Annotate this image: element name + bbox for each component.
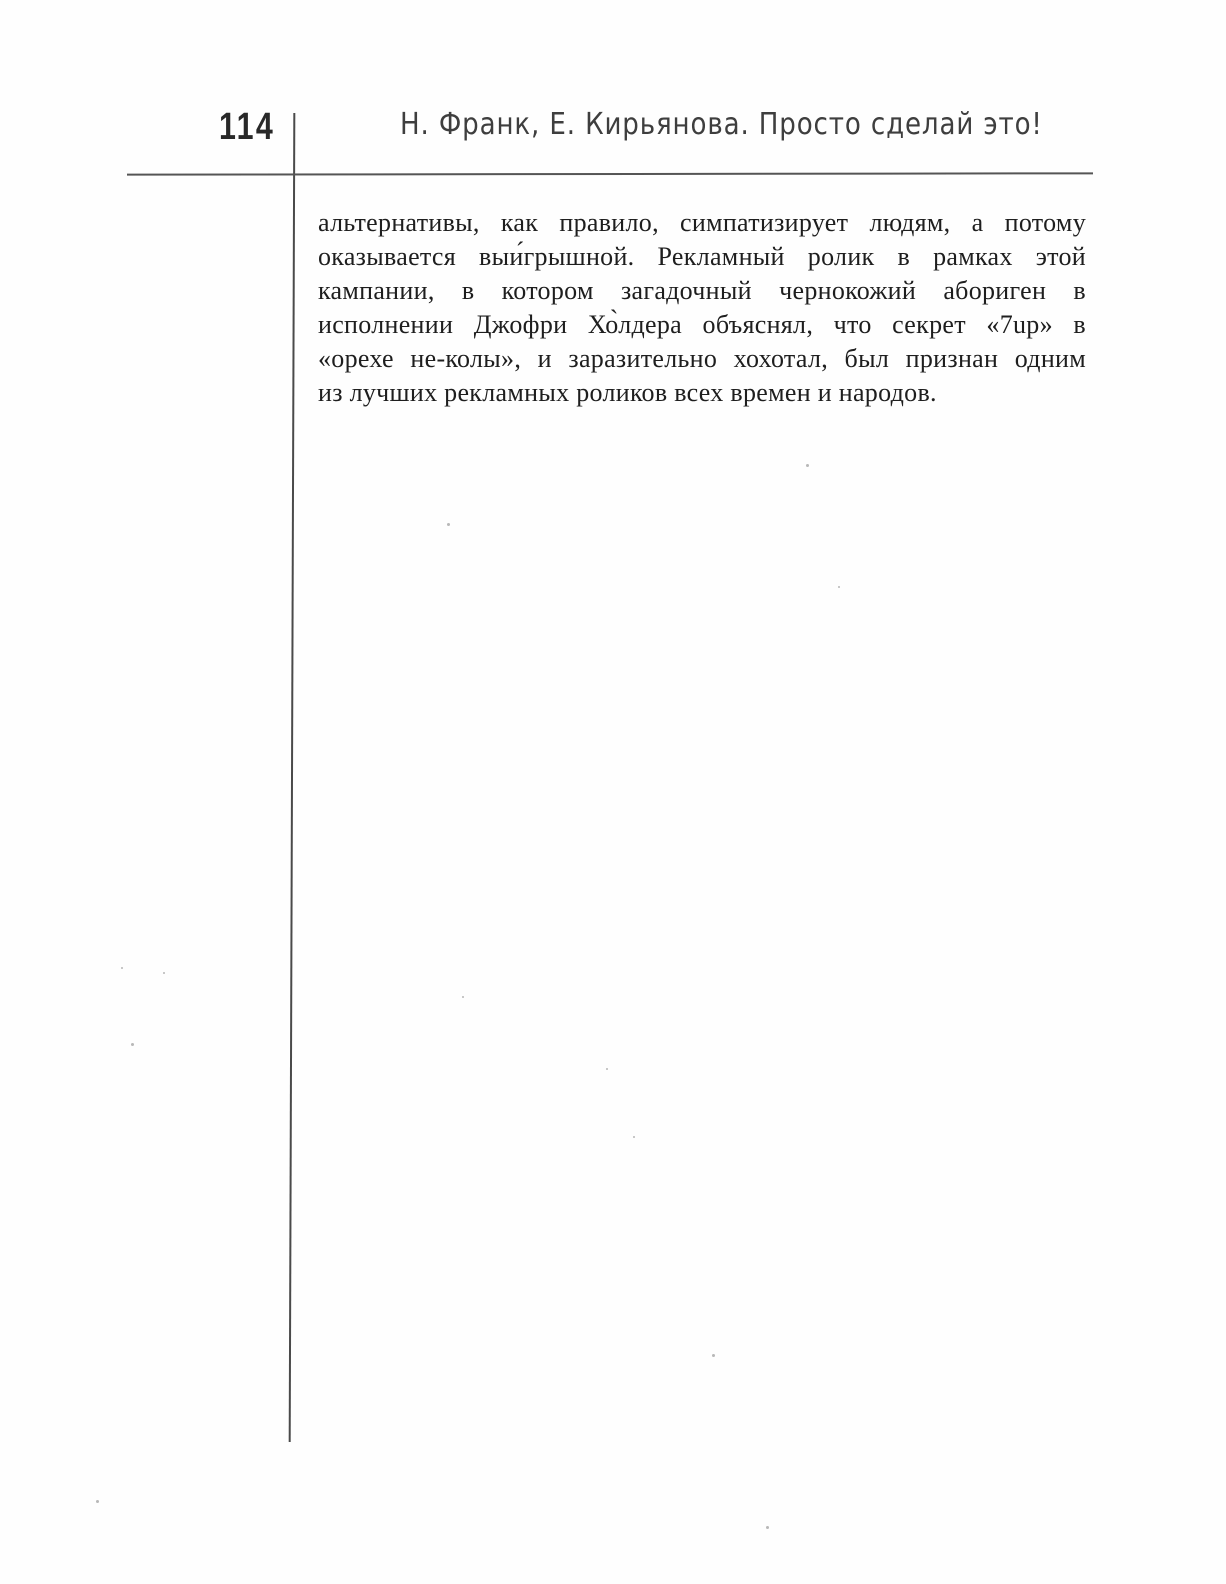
scan-speck xyxy=(606,1068,608,1070)
body-paragraph: альтернативы, как правило, симпатизирует… xyxy=(318,206,1086,410)
scan-speck xyxy=(462,996,464,998)
paragraph-line: оказывается выи́грышной. Рекламный ролик… xyxy=(318,240,1086,274)
paragraph-line: исполнении Джофри Хо̀лдера объяснял, что… xyxy=(318,308,1086,342)
scanned-book-page: 114 Н. Франк, Е. Кирьянова. Просто сдела… xyxy=(0,0,1226,1584)
scan-speck xyxy=(447,523,450,526)
scan-speck xyxy=(766,1526,769,1529)
header-horizontal-rule xyxy=(127,172,1093,175)
scan-speck xyxy=(806,464,809,467)
running-header-title: Н. Франк, Е. Кирьянова. Просто сделай эт… xyxy=(400,107,1043,142)
paragraph-line: альтернативы, как правило, симпатизирует… xyxy=(318,206,1086,240)
scan-speck xyxy=(163,972,165,974)
scan-speck xyxy=(633,1136,635,1138)
scan-speck xyxy=(121,967,123,969)
scan-speck xyxy=(131,1043,134,1046)
paragraph-line: «орехе не-колы», и заразительно хохотал,… xyxy=(318,342,1086,376)
paragraph-line: кампании, в котором загадочный чернокожи… xyxy=(318,274,1086,308)
header-vertical-rule xyxy=(289,113,296,1442)
paragraph-line: из лучших рекламных роликов всех времен … xyxy=(318,376,1086,410)
page-number: 114 xyxy=(219,106,275,149)
scan-speck xyxy=(712,1354,715,1357)
scan-speck xyxy=(96,1500,99,1503)
scan-speck xyxy=(838,586,840,588)
